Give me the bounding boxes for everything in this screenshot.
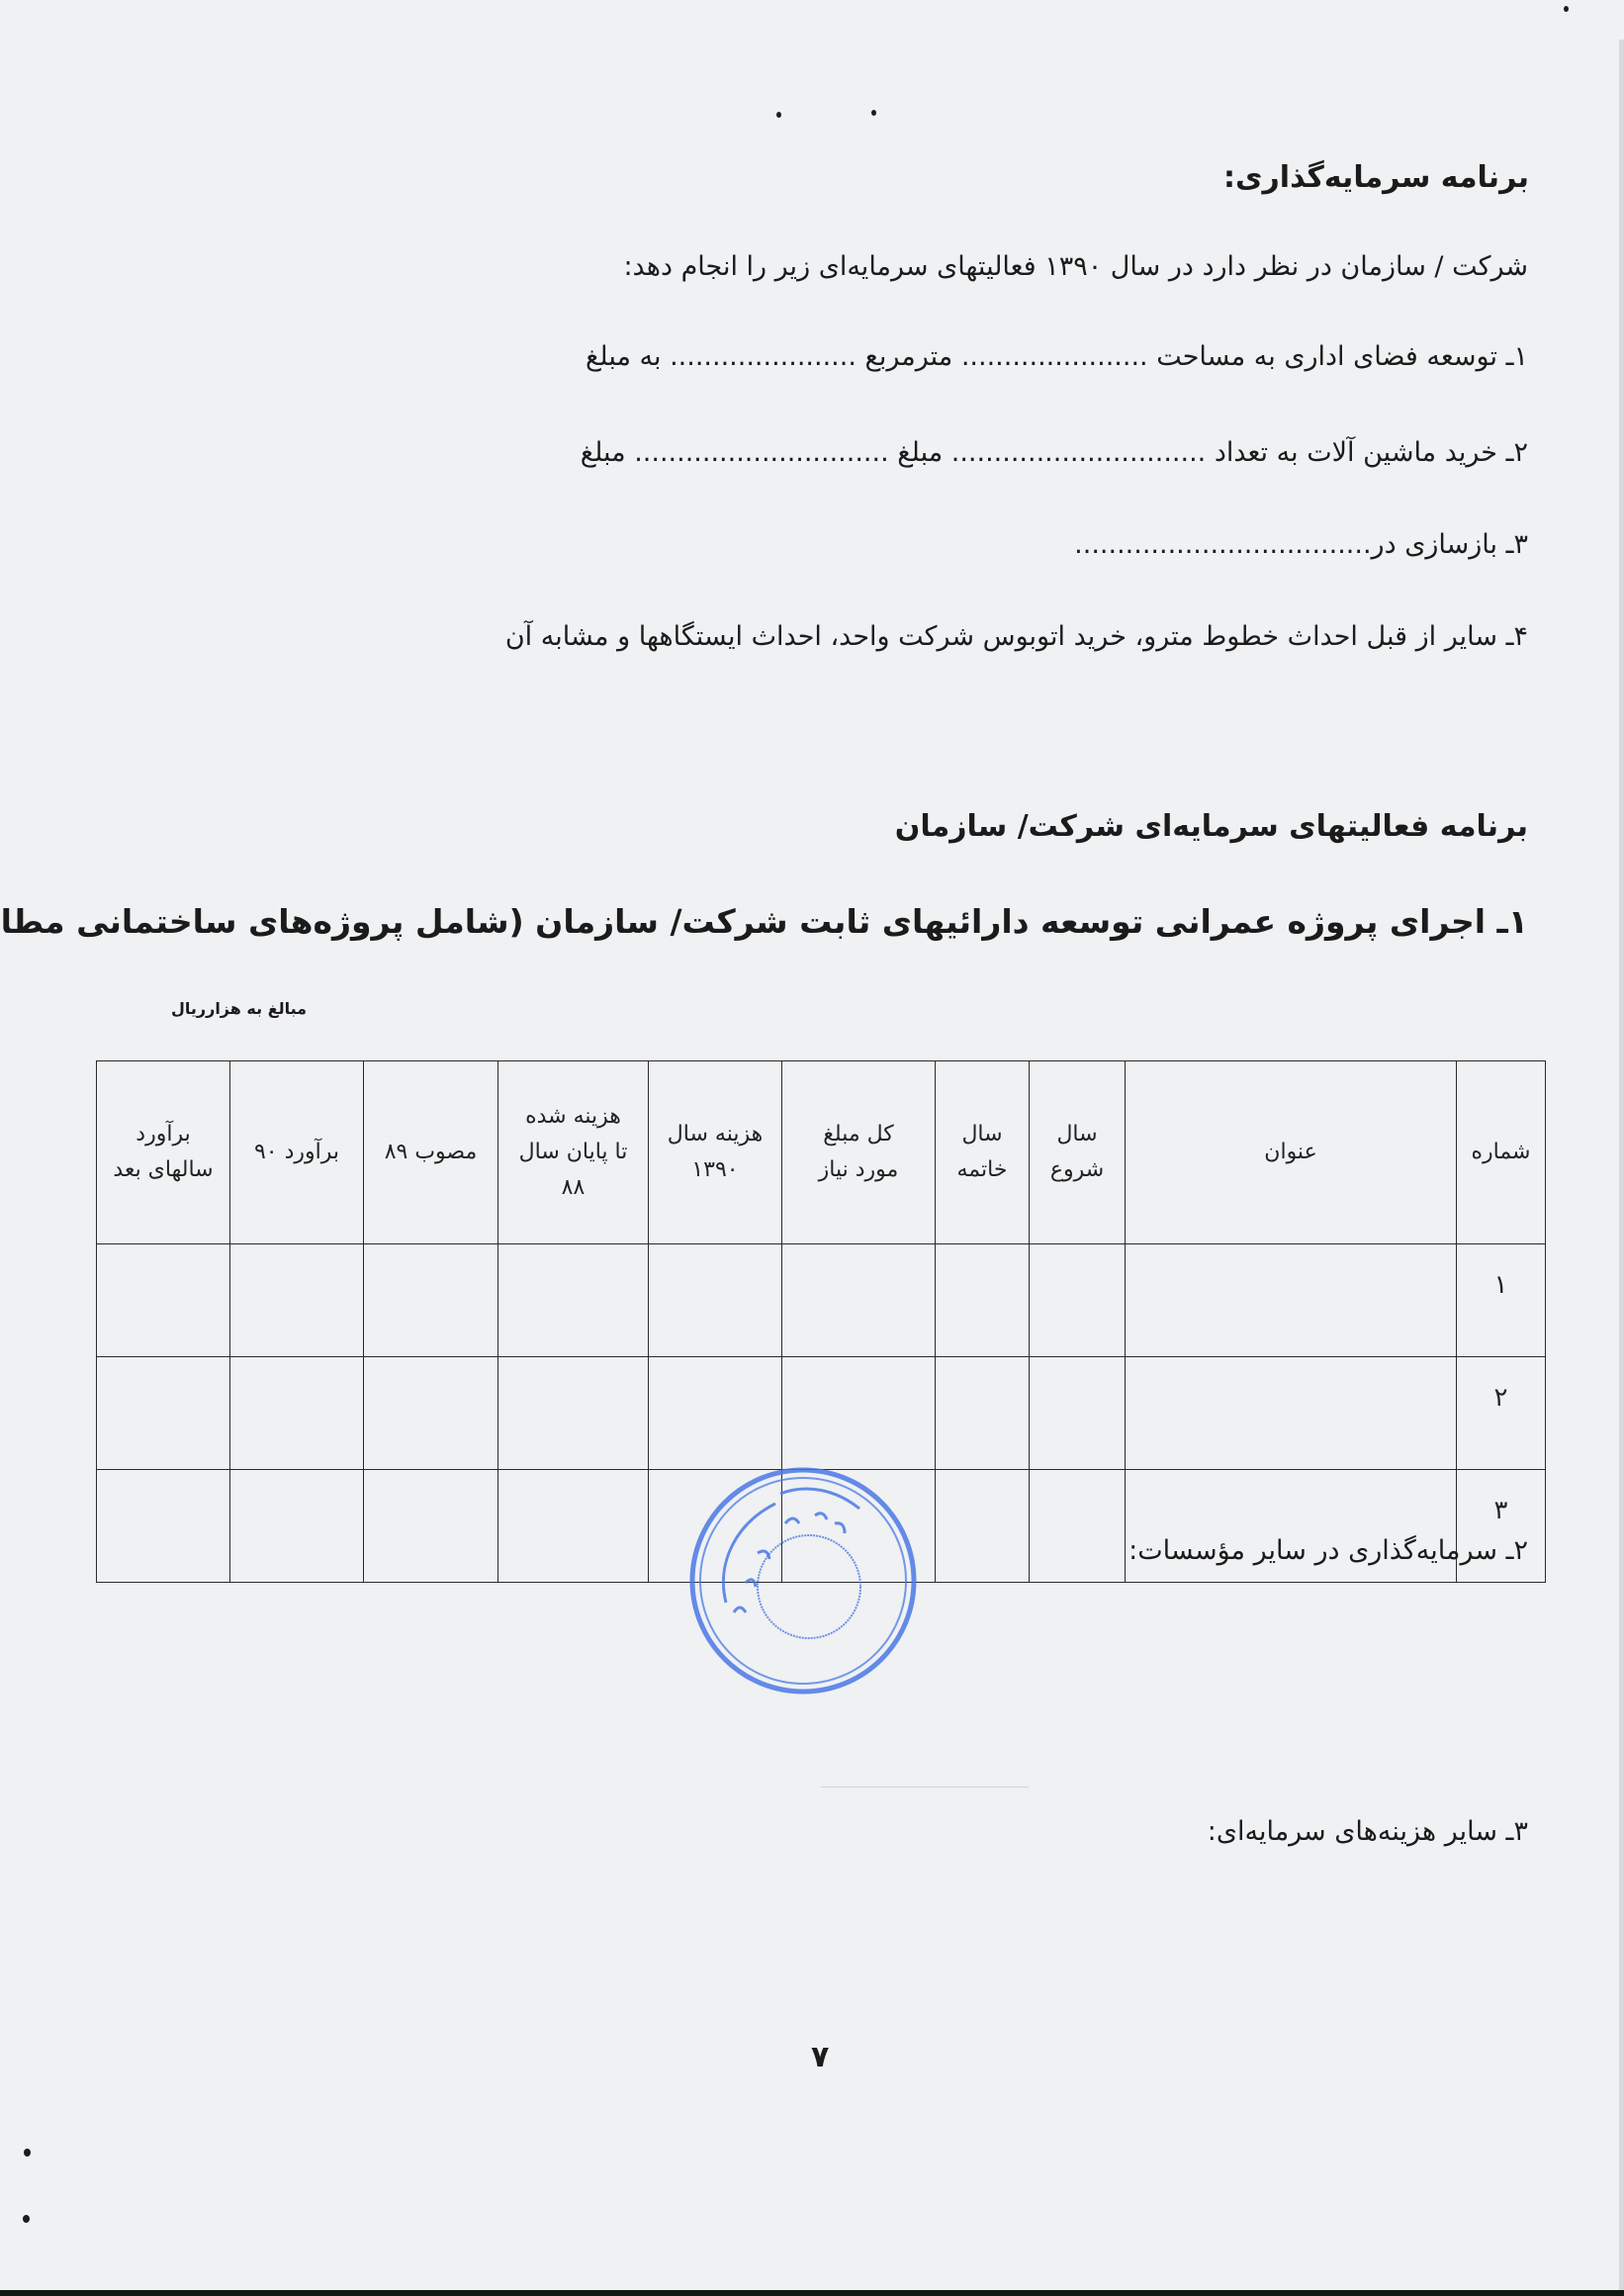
- cell-estimate-later: [97, 1470, 230, 1583]
- col-header-total-required: کل مبلغ مورد نیاز: [782, 1061, 936, 1244]
- subsection-1-title: ۱ـ اجرای پروژه عمرانی توسعه دارائیهای ثا…: [0, 902, 1528, 941]
- col-header-title: عنوان: [1126, 1061, 1457, 1244]
- scan-dot: [1564, 6, 1569, 12]
- cell-approved-89: [364, 1357, 498, 1470]
- section-title: برنامه سرمایه‌گذاری:: [1223, 160, 1529, 195]
- list-item: ۲ـ خرید ماشین آلات به تعداد ............…: [581, 437, 1528, 468]
- cell-spent-to-88: [498, 1357, 649, 1470]
- scan-dot: [24, 2149, 31, 2157]
- table-row: ۲: [97, 1357, 1546, 1470]
- cell-spent-to-88: [498, 1244, 649, 1357]
- cell-start-year: [1030, 1357, 1126, 1470]
- row-number: ۱: [1457, 1244, 1546, 1357]
- cell-end-year: [936, 1470, 1030, 1583]
- scan-dot: [776, 112, 781, 118]
- cell-total-required: [782, 1244, 936, 1357]
- cell-cost-1390: [649, 1244, 782, 1357]
- col-header-start-year: سال شروع: [1030, 1061, 1126, 1244]
- list-item: ۳ـ بازسازی در...........................…: [1074, 529, 1528, 560]
- cell-end-year: [936, 1357, 1030, 1470]
- col-header-spent-to-88: هزینه شده تا پایان سال ۸۸: [498, 1061, 649, 1244]
- cell-spent-to-88: [498, 1470, 649, 1583]
- cell-title: [1126, 1244, 1457, 1357]
- col-header-number: شماره: [1457, 1061, 1546, 1244]
- cell-total-required: [782, 1357, 936, 1470]
- cell-estimate-90: [230, 1470, 364, 1583]
- subsection-2-title: ۲ـ سرمایه‌گذاری در سایر مؤسسات:: [1128, 1535, 1528, 1566]
- cell-estimate-90: [230, 1357, 364, 1470]
- col-header-cost-1390: هزینه سال ۱۳۹۰: [649, 1061, 782, 1244]
- divider: [821, 1787, 1029, 1788]
- subsection-3-title: ۳ـ سایر هزینه‌های سرمایه‌ای:: [1208, 1816, 1528, 1847]
- col-header-estimate-90: برآورد ۹۰: [230, 1061, 364, 1244]
- col-header-estimate-later: برآورد سالهای بعد: [97, 1061, 230, 1244]
- list-item: ۱ـ توسعه فضای اداری به مساحت ...........…: [586, 341, 1528, 372]
- page-number: ۷: [811, 2040, 829, 2074]
- official-stamp-icon: [686, 1464, 920, 1698]
- cell-approved-89: [364, 1244, 498, 1357]
- document-page: برنامه سرمایه‌گذاری: شرکت / سازمان در نظ…: [0, 0, 1624, 2296]
- cell-cost-1390: [649, 1357, 782, 1470]
- cell-estimate-later: [97, 1244, 230, 1357]
- list-item: ۴ـ سایر از قبل احداث خطوط مترو، خرید اتو…: [505, 621, 1528, 652]
- scan-edge: [1619, 40, 1624, 2290]
- table-header-row: شماره عنوان سال شروع سال خاتمه کل مبلغ م…: [97, 1061, 1546, 1244]
- unit-note: مبالغ به هزارریال: [171, 999, 307, 1018]
- scan-edge: [0, 2290, 1624, 2296]
- cell-end-year: [936, 1244, 1030, 1357]
- row-number: ۲: [1457, 1357, 1546, 1470]
- table-row: ۱: [97, 1244, 1546, 1357]
- cell-estimate-90: [230, 1244, 364, 1357]
- scan-dot: [23, 2215, 30, 2223]
- cell-approved-89: [364, 1470, 498, 1583]
- intro-paragraph: شرکت / سازمان در نظر دارد در سال ۱۳۹۰ فع…: [623, 251, 1528, 282]
- col-header-approved-89: مصوب ۸۹: [364, 1061, 498, 1244]
- program-title: برنامه فعالیتهای سرمایه‌ای شرکت/ سازمان: [895, 809, 1528, 844]
- cell-start-year: [1030, 1244, 1126, 1357]
- cell-start-year: [1030, 1470, 1126, 1583]
- cell-estimate-later: [97, 1357, 230, 1470]
- cell-title: [1126, 1357, 1457, 1470]
- col-header-end-year: سال خاتمه: [936, 1061, 1030, 1244]
- scan-dot: [871, 110, 876, 116]
